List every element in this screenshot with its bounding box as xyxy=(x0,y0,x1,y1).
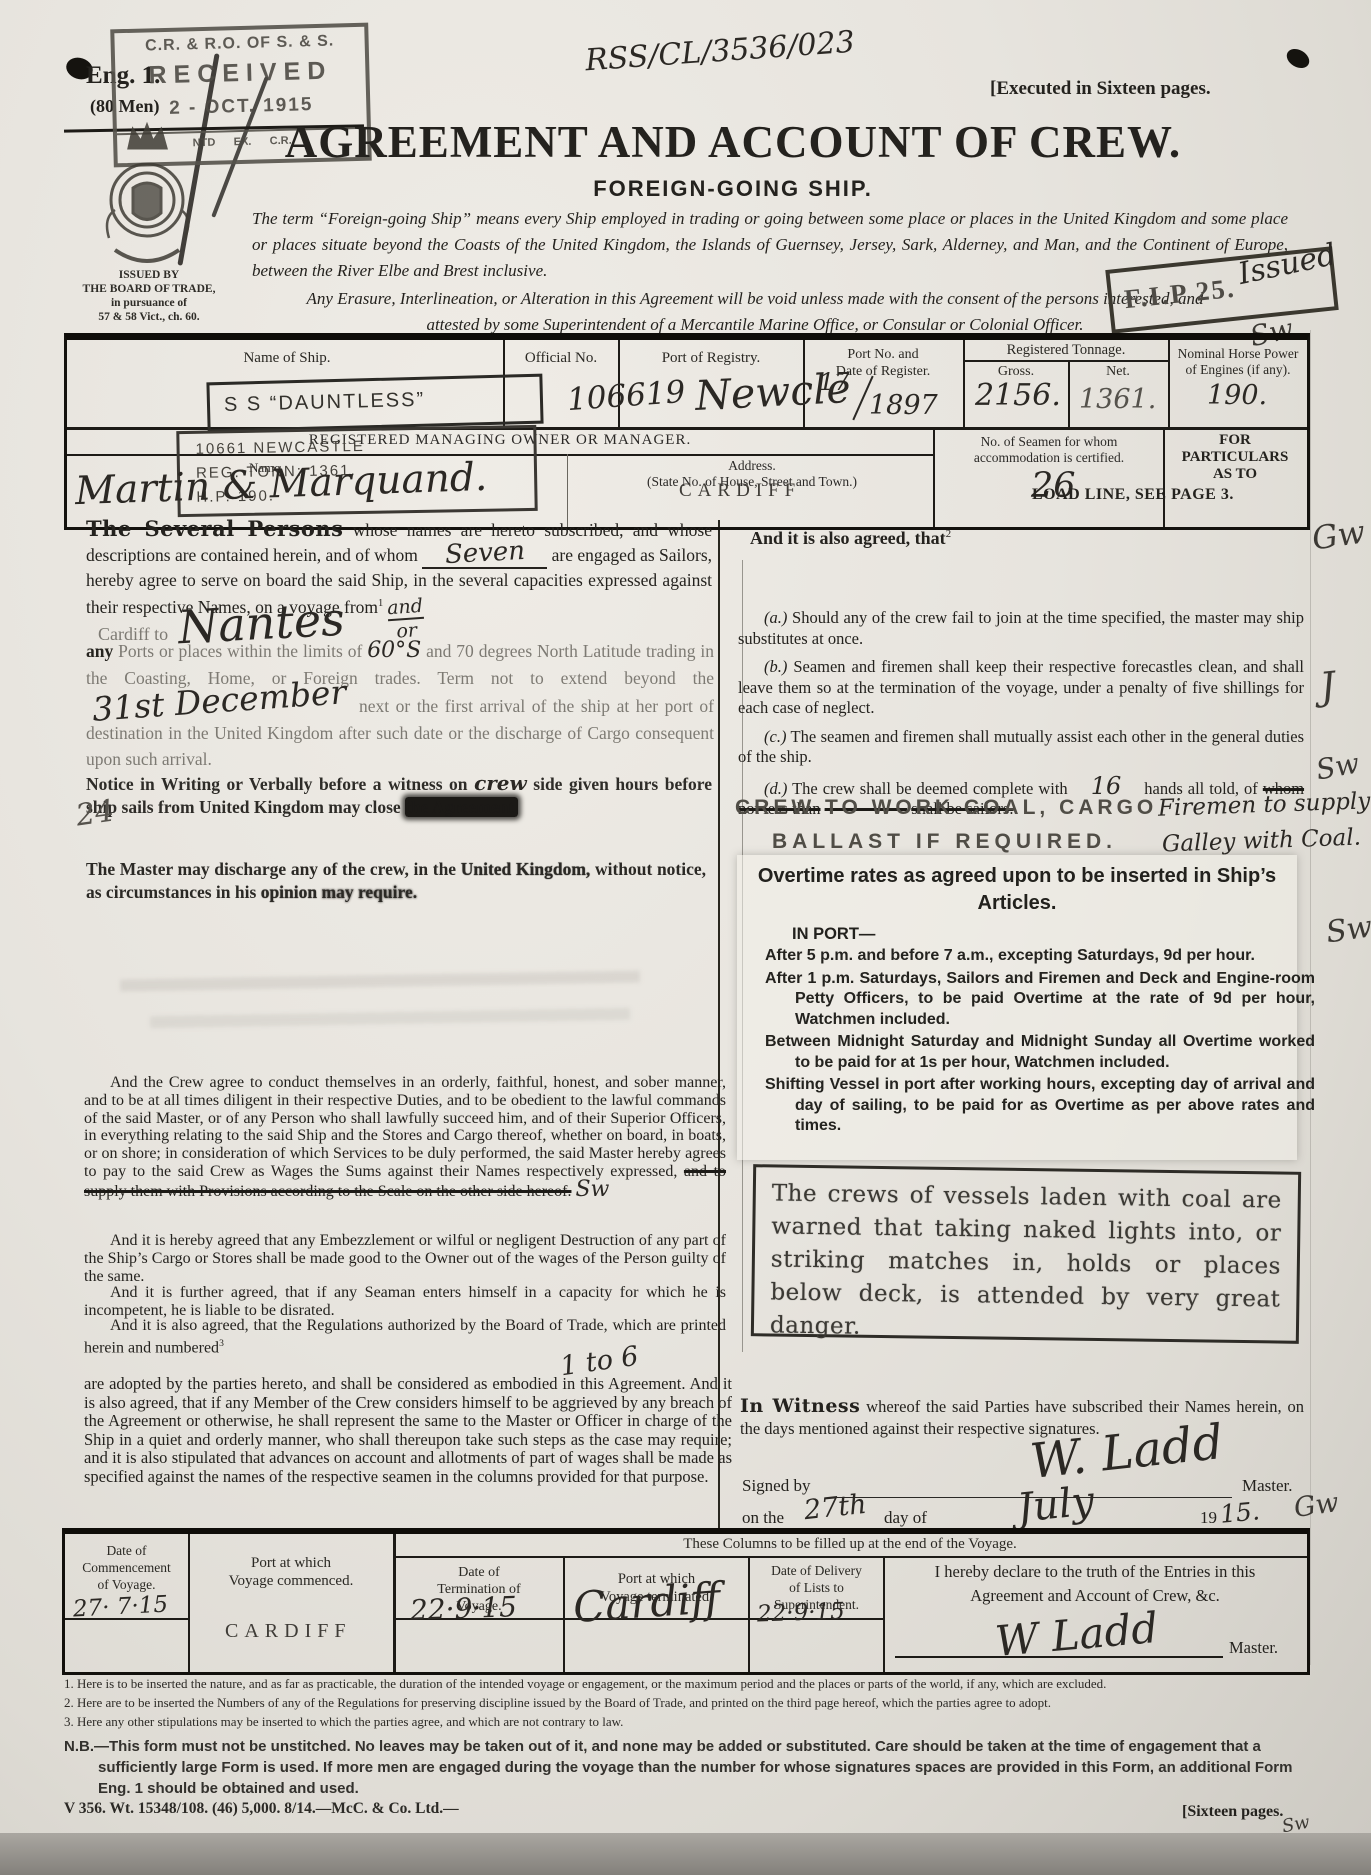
crew-conduct-text: And the Crew agree to conduct themselves… xyxy=(84,1074,726,1180)
clause-a: (a.) Should any of the crew fail to join… xyxy=(738,608,1304,649)
clause-d-label: (d.) xyxy=(764,779,787,798)
also-agreed-text: And it is also agreed, that xyxy=(750,528,946,548)
clause-d-text: The crew shall be deemed complete with xyxy=(792,779,1068,798)
header-commencement: Date of Commencement of Voyage. xyxy=(67,1542,186,1593)
hours-handwritten: 24 xyxy=(74,794,117,834)
delivery-date-value: 22·9·15 xyxy=(757,1598,846,1627)
clause-b-label: (b.) xyxy=(764,657,787,676)
declaration-master-label: Master. xyxy=(1229,1638,1278,1658)
clause-a-label: (a.) xyxy=(764,608,787,627)
header-horse-power: Nominal Horse Power of Engines (if any). xyxy=(1171,346,1305,378)
header-registered-tonnage: Registered Tonnage. xyxy=(965,342,1167,359)
clause-c-text: The seamen and firemen shall mutually as… xyxy=(738,727,1304,767)
clause-c: (c.) The seamen and firemen shall mutual… xyxy=(738,727,1304,768)
official-no-value: 106619 xyxy=(566,374,687,418)
port-commenced-value-stamp: CARDIFF xyxy=(225,1620,351,1643)
limits-lead-word: any xyxy=(86,641,113,661)
header-net: Net. xyxy=(1069,364,1167,380)
in-witness-lead: In Witness xyxy=(740,1395,860,1417)
rule-line xyxy=(748,1556,750,1672)
rule-line xyxy=(883,1556,885,1672)
master-discharge-paragraph: The Master may discharge any of the crew… xyxy=(86,858,706,904)
seamen-accommodation-label: No. of Seamen for whom accommodation is … xyxy=(937,434,1161,466)
termination-date-value: 22·9·15 xyxy=(409,1590,517,1627)
executed-pages-note: [Executed in Sixteen pages. xyxy=(990,78,1211,100)
load-line-particulars: FOR PARTICULARS AS TO xyxy=(1165,432,1305,483)
declaration-text: I hereby declare to the truth of the Ent… xyxy=(887,1560,1303,1608)
initials-mark: Sw. xyxy=(1324,909,1371,951)
signature-rule xyxy=(895,1656,1223,1658)
embezzlement-paragraph: And it is hereby agreed that any Embezzl… xyxy=(84,1232,726,1285)
footnote-1: 1. Here is to be inserted the nature, an… xyxy=(64,1676,1106,1692)
crew-conduct-paragraph: And the Crew agree to conduct themselves… xyxy=(84,1074,726,1201)
overtime-item: Between Midnight Saturday and Midnight S… xyxy=(765,1032,1315,1073)
adopted-paragraph: are adopted by the parties hereto, and s… xyxy=(84,1375,732,1487)
month-handwritten: July xyxy=(1015,1478,1097,1532)
print-code: V 356. Wt. 15348/108. (46) 5,000. 8/14.—… xyxy=(64,1800,459,1818)
in-port-label: IN PORT— xyxy=(792,925,1297,944)
crew-count-handwritten: Seven xyxy=(444,540,525,567)
signed-by-label: Signed by xyxy=(742,1476,810,1496)
trading-limits-paragraph: any Ports or places within the limits of… xyxy=(86,638,714,773)
ship-particulars-table: Name of Ship. Official No. Port of Regis… xyxy=(64,333,1310,530)
horse-power-value: 190. xyxy=(1207,380,1267,411)
load-line-see-page: LOAD LINE, SEE PAGE 3. xyxy=(1032,486,1312,504)
notice-text: Notice in Writing or Verbally before a w… xyxy=(86,774,468,794)
master-text: The Master may discharge any of the crew… xyxy=(86,859,456,879)
overtime-item: Shifting Vessel in port after working ho… xyxy=(765,1075,1315,1137)
term-date-handwritten: 31st December xyxy=(92,682,347,720)
nb-note: N.B.—This form must not be unstitched. N… xyxy=(64,1736,1309,1799)
board-of-trade-imprint: ISSUED BY THE BOARD OF TRADE, in pursuan… xyxy=(74,268,224,324)
reference-number-handwritten: RSS/CL/3536/023 xyxy=(584,25,856,79)
firemen-note-handwritten-line2: Galley with Coal. xyxy=(1162,825,1362,858)
footnote-2: 2. Here are to be inserted the Numbers o… xyxy=(64,1695,1051,1711)
header-port-commenced: Port at which Voyage commenced. xyxy=(192,1554,390,1590)
gross-tonnage-value: 2156. xyxy=(975,378,1061,413)
year-handwritten: 15. xyxy=(1219,1496,1261,1528)
latitude-handwritten: 60°S xyxy=(367,638,421,663)
on-the-label: on the xyxy=(742,1508,784,1528)
owner-address-value-stamp: CARDIFF xyxy=(679,480,801,502)
page-subtitle: FOREIGN-GOING SHIP. xyxy=(238,176,1228,202)
several-persons-lead: The Several Persons xyxy=(86,516,343,541)
also-agreed-heading: And it is also agreed, that2 xyxy=(750,528,951,549)
and-word: and xyxy=(386,595,423,621)
clause-b: (b.) Seamen and firemen shall keep their… xyxy=(738,657,1304,719)
master-bold: may require. xyxy=(322,882,418,902)
bottom-page-edge xyxy=(0,1833,1371,1875)
overtime-heading: Overtime rates as agreed upon to be inse… xyxy=(757,863,1277,917)
ghost-bleed xyxy=(150,1008,630,1028)
notice-paragraph: Notice in Writing or Verbally before a w… xyxy=(86,772,712,819)
initials-mark: Gw xyxy=(1310,513,1368,558)
header-official-no: Official No. xyxy=(507,350,615,367)
overtime-slip: Overtime rates as agreed upon to be inse… xyxy=(737,855,1297,1160)
rule-line xyxy=(393,1534,396,1672)
port-no-value: 17 xyxy=(819,368,850,396)
master-bold: United Kingdom, xyxy=(461,859,591,879)
crew-count-blank: Seven xyxy=(422,542,547,569)
commencement-date-value: 27· 7·15 xyxy=(72,1592,168,1623)
master-bold: opinion xyxy=(261,882,317,902)
stamp-received-line: RECEIVED xyxy=(115,56,366,92)
footnote-3: 3. Here any other stipulations may be in… xyxy=(64,1714,623,1730)
initials-mark: Gw xyxy=(1292,1487,1341,1524)
coal-work-stamp-line2: BALLAST IF REQUIRED. xyxy=(772,830,1117,854)
header-fill-at-end: These Columns to be filled up at the end… xyxy=(395,1536,1305,1553)
rule-line xyxy=(963,360,1168,362)
initials-mark: Sw xyxy=(1313,747,1361,787)
sixteen-pages-note: [Sixteen pages. xyxy=(1182,1803,1283,1821)
page-title: AGREEMENT AND ACCOUNT OF CREW. xyxy=(238,116,1228,168)
ship-name-value: S S “DAUNTLESS” xyxy=(224,389,426,417)
footnote-ref-1: 1 xyxy=(378,598,383,609)
day-of-label: day of xyxy=(884,1508,927,1528)
rule-line xyxy=(1168,340,1170,427)
net-tonnage-value: 1361. xyxy=(1079,384,1156,415)
stamp-office-line: C.R. & R.O. OF S. & S. xyxy=(114,32,364,57)
clause-a-text: Should any of the crew fail to join at t… xyxy=(738,608,1304,648)
voyage-summary-table: Date of Commencement of Voyage. Port at … xyxy=(62,1528,1310,1675)
coal-danger-warning-stamp: The crews of vessels laden with coal are… xyxy=(751,1164,1301,1344)
royal-coat-of-arms xyxy=(95,118,200,293)
ink-blot xyxy=(1283,45,1312,72)
overtime-item: After 1 p.m. Saturdays, Sailors and Fire… xyxy=(765,969,1315,1031)
and-or-handwritten: and or xyxy=(386,595,425,643)
rule-line xyxy=(188,1534,190,1672)
header-name-of-ship: Name of Ship. xyxy=(127,350,447,367)
initials-mark: Sw xyxy=(575,1177,609,1202)
port-terminated-value: Cardiff xyxy=(571,1573,721,1632)
crew-clauses-block: (a.) Should any of the crew fail to join… xyxy=(738,608,1304,820)
blotted-text: the Agreement. xyxy=(405,797,518,817)
limits-text: Ports or places within the limits of xyxy=(118,641,362,661)
disrated-paragraph: And it is further agreed, that if any Se… xyxy=(84,1284,726,1320)
ship-name-stamp-box: S S “DAUNTLESS” xyxy=(206,374,543,433)
crew-side-handwritten: crew xyxy=(474,771,527,795)
clause-b-text: Seamen and firemen shall keep their resp… xyxy=(738,657,1304,717)
clause-c-label: (c.) xyxy=(764,727,786,746)
notice-text: side given xyxy=(533,774,609,794)
year-printed: 19 xyxy=(1200,1508,1217,1528)
erasure-clause: Any Erasure, Interlineation, or Alterati… xyxy=(280,286,1230,338)
rule-line xyxy=(933,427,935,527)
master-label: Master. xyxy=(1242,1476,1293,1496)
coal-work-stamp-line1: CREW TO WORK COAL, CARGO xyxy=(735,796,1157,820)
rule-line xyxy=(563,1556,565,1672)
overtime-item: After 5 p.m. and before 7 a.m., exceptin… xyxy=(765,946,1315,967)
register-date-value: 1897 xyxy=(869,390,938,421)
header-port-of-registry: Port of Registry. xyxy=(623,350,799,367)
scanned-crew-agreement-document: Eng. 1. (80 Men) C.R. & R.O. OF S. & S. … xyxy=(0,0,1371,1875)
footnote-ref-2: 2 xyxy=(946,528,951,540)
rule-line xyxy=(393,1556,1307,1558)
day-handwritten: 27th xyxy=(803,1489,869,1526)
initials-mark: J xyxy=(1318,663,1338,708)
fip-stamp-text: F.I.P 25. xyxy=(1123,273,1237,315)
ghost-bleed xyxy=(120,970,640,991)
footnote-ref-3: 3 xyxy=(219,1338,224,1349)
